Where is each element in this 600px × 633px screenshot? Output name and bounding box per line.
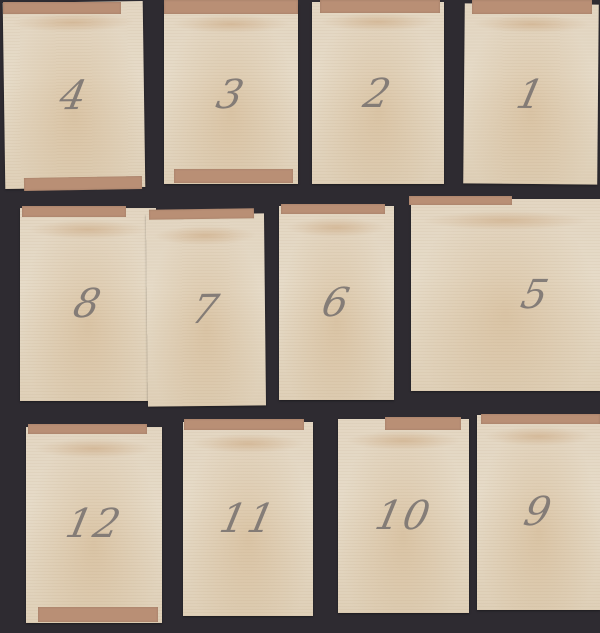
tape-strip bbox=[174, 169, 293, 183]
paper-sheet-8: 8 bbox=[20, 208, 156, 401]
tape-strip bbox=[409, 196, 512, 205]
sheet-number: 3 bbox=[159, 72, 303, 118]
stain bbox=[191, 434, 305, 453]
stain bbox=[473, 14, 591, 33]
tape-strip bbox=[24, 176, 142, 191]
tape-strip bbox=[481, 414, 600, 424]
stain bbox=[484, 427, 592, 447]
paper-sheet-11: 11 bbox=[183, 422, 313, 616]
tape-strip bbox=[281, 204, 385, 214]
stain bbox=[320, 13, 436, 31]
stain bbox=[153, 225, 257, 245]
stain bbox=[28, 220, 148, 239]
sheet-number: 2 bbox=[307, 71, 449, 117]
tape-strip bbox=[184, 419, 304, 430]
paper-sheet-3: 3 bbox=[164, 4, 298, 184]
sheet-number: 5 bbox=[466, 272, 600, 318]
sheet-number: 9 bbox=[472, 489, 600, 535]
paper-sheet-4: 4 bbox=[3, 1, 146, 189]
paper-sheet-2: 2 bbox=[312, 2, 444, 184]
tape-strip bbox=[472, 0, 592, 14]
stain bbox=[346, 431, 461, 450]
paper-sheet-10: 10 bbox=[338, 419, 469, 613]
sheet-number: 4 bbox=[0, 72, 149, 120]
stain bbox=[422, 211, 588, 230]
tape-strip bbox=[164, 0, 298, 14]
stain bbox=[172, 15, 290, 33]
paper-sheet-5: 5 bbox=[411, 199, 600, 391]
paper-sheet-7: 7 bbox=[146, 213, 266, 406]
tape-strip bbox=[320, 0, 440, 13]
tape-strip bbox=[385, 417, 461, 430]
paper-sheet-6: 6 bbox=[279, 206, 394, 400]
tape-strip bbox=[149, 208, 254, 219]
sheet-number: 11 bbox=[178, 496, 318, 542]
paper-sheet-1: 1 bbox=[463, 3, 599, 184]
sheet-number: 12 bbox=[21, 501, 167, 547]
sheet-number: 6 bbox=[274, 280, 399, 326]
tape-strip bbox=[38, 607, 158, 622]
stain bbox=[286, 218, 387, 237]
sheet-number: 1 bbox=[459, 72, 600, 119]
paper-sheet-12: 12 bbox=[26, 427, 162, 623]
sheet-number: 7 bbox=[142, 286, 269, 333]
stain bbox=[34, 439, 154, 459]
tape-strip bbox=[28, 424, 147, 434]
stain bbox=[11, 12, 134, 32]
paper-sheet-9: 9 bbox=[477, 415, 600, 610]
tape-strip bbox=[3, 2, 121, 14]
sheet-number: 8 bbox=[15, 281, 161, 327]
sheet-number: 10 bbox=[333, 493, 474, 539]
tape-strip bbox=[22, 206, 126, 217]
